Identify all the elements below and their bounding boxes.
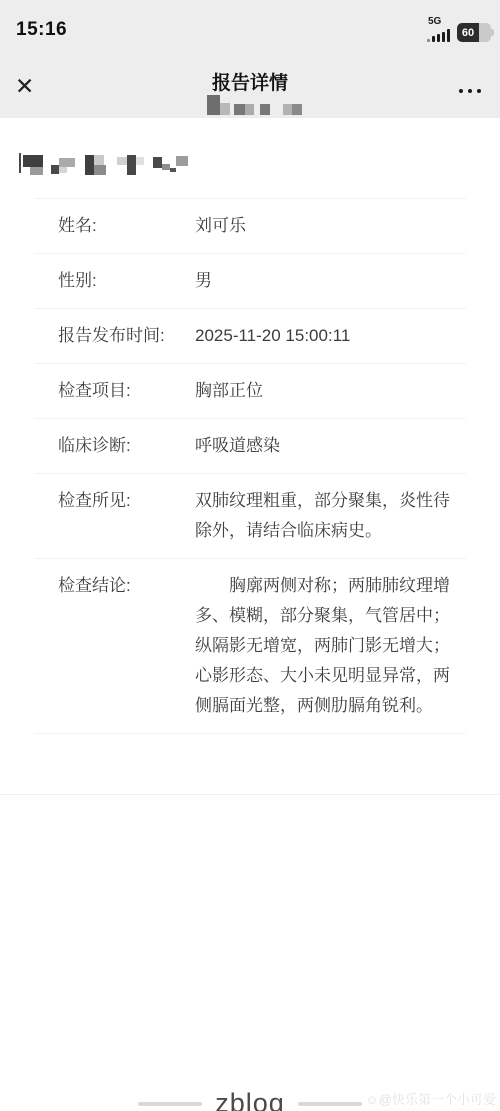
- brand-label: zblog: [215, 1088, 285, 1111]
- table-row-name: 姓名: 刘可乐: [34, 199, 466, 254]
- field-value: 男: [195, 266, 466, 296]
- field-label: 性别:: [58, 266, 195, 296]
- top-bar-area: 15:16 5G 60 ✕ 报告详情: [0, 0, 500, 118]
- field-label: 检查结论:: [58, 571, 195, 721]
- page-title: 报告详情: [0, 68, 500, 95]
- table-row-gender: 性别: 男: [34, 254, 466, 309]
- network-type-label: 5G: [428, 17, 441, 27]
- brand-divider-right: [298, 1102, 362, 1106]
- field-value: 2025-11-20 15:00:11: [195, 321, 466, 351]
- field-value: 呼吸道感染: [195, 431, 466, 461]
- redacted-hospital-name: [15, 150, 195, 178]
- field-label: 姓名:: [58, 211, 195, 241]
- table-row-conclusion: 检查结论: 胸廓两侧对称；两肺肺纹理增多、模糊，部分聚集，气管居中；纵隔影无增宽…: [34, 559, 466, 734]
- field-label: 报告发布时间:: [58, 321, 195, 351]
- battery-level-label: 60: [457, 23, 479, 42]
- phone-screen: 15:16 5G 60 ✕ 报告详情: [0, 0, 500, 1111]
- table-row-clinical-diagnosis: 临床诊断: 呼吸道感染: [34, 419, 466, 474]
- signal-strength-icon: 5G: [427, 17, 450, 42]
- brand-divider-left: [138, 1102, 202, 1106]
- report-card: 姓名: 刘可乐 性别: 男 报告发布时间: 2025-11-20 15:00:1…: [0, 118, 500, 795]
- field-label: 检查所见:: [58, 486, 195, 546]
- field-label: 检查项目:: [58, 376, 195, 406]
- clock: 15:16: [16, 19, 67, 41]
- table-row-exam-item: 检查项目: 胸部正位: [34, 364, 466, 419]
- status-icons: 5G 60: [427, 17, 491, 42]
- report-fields-table: 姓名: 刘可乐 性别: 男 报告发布时间: 2025-11-20 15:00:1…: [34, 198, 466, 734]
- table-row-report-time: 报告发布时间: 2025-11-20 15:00:11: [34, 309, 466, 364]
- field-value: 刘可乐: [195, 211, 466, 241]
- field-value: 双肺纹理粗重，部分聚集，炎性待除外，请结合临床病史。: [195, 486, 466, 546]
- battery-icon: 60: [457, 23, 491, 42]
- field-value: 胸廓两侧对称；两肺肺纹理增多、模糊，部分聚集，气管居中；纵隔影无增宽，两肺门影无…: [195, 571, 466, 721]
- table-row-findings: 检查所见: 双肺纹理粗重，部分聚集，炎性待除外，请结合临床病史。: [34, 474, 466, 559]
- more-options-icon[interactable]: [459, 85, 481, 97]
- field-label: 临床诊断:: [58, 431, 195, 461]
- watermark-label: ☺@快乐第一个小可爱: [366, 1089, 496, 1108]
- field-value: 胸部正位: [195, 376, 466, 406]
